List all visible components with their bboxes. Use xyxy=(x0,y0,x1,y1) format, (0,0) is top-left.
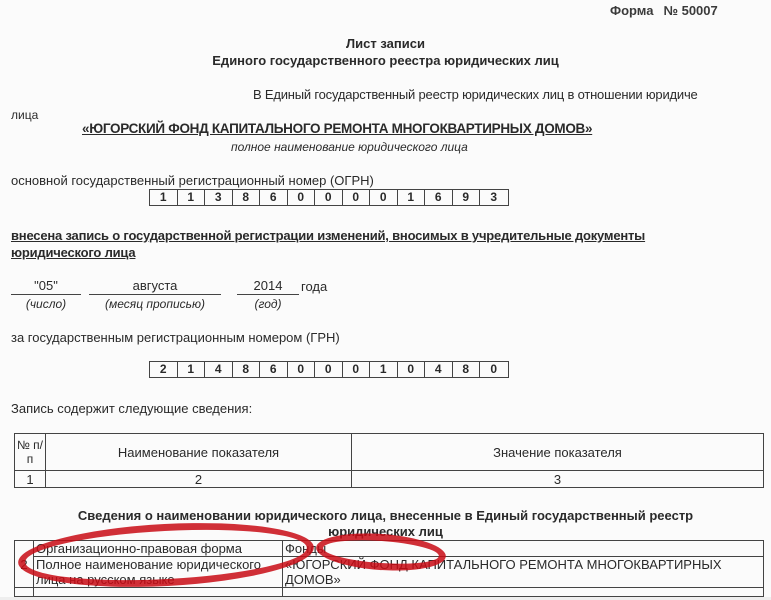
organization-name-caption: полное наименование юридического лица xyxy=(231,140,468,154)
header-number: № п/п xyxy=(15,434,46,471)
grn-digit: 2 xyxy=(150,362,178,377)
records-table-header: № п/п Наименование показателя Значение п… xyxy=(14,433,764,488)
row-name: Полное наименование юридического лица на… xyxy=(34,557,283,588)
row-name-empty xyxy=(34,588,283,597)
header-indicator-name: Наименование показателя xyxy=(46,434,352,471)
ogrn-digit-boxes: 1 1 3 8 6 0 0 0 0 1 6 9 3 xyxy=(149,189,509,206)
name-info-table: 2 Организационно-правовая форма Фонды По… xyxy=(14,540,764,597)
ogrn-digit: 6 xyxy=(260,190,288,205)
document-title: Лист записи xyxy=(0,36,771,51)
ogrn-digit: 0 xyxy=(315,190,343,205)
form-label: Форма xyxy=(610,3,653,18)
date-year-field: 2014 (год) xyxy=(237,278,299,311)
ogrn-digit: 0 xyxy=(288,190,316,205)
index-cell: 1 xyxy=(15,471,46,488)
index-cell: 2 xyxy=(46,471,352,488)
grn-digit: 0 xyxy=(315,362,343,377)
grn-digit: 8 xyxy=(233,362,261,377)
document-subtitle: Единого государственного реестра юридиче… xyxy=(0,53,771,68)
contains-label: Запись содержит следующие сведения: xyxy=(11,401,252,416)
grn-digit-boxes: 2 1 4 8 6 0 0 0 1 0 4 8 0 xyxy=(149,361,509,378)
table-row: 2 Организационно-правовая форма Фонды xyxy=(15,541,764,557)
year-word: года xyxy=(301,279,327,294)
section-title: Сведения о наименовании юридического лиц… xyxy=(0,508,771,523)
grn-digit: 0 xyxy=(398,362,426,377)
ogrn-digit: 1 xyxy=(398,190,426,205)
ogrn-label: основной государственный регистрационный… xyxy=(11,173,374,188)
ogrn-digit: 0 xyxy=(370,190,398,205)
header-number-label: № п/п xyxy=(15,438,45,466)
ogrn-digit: 3 xyxy=(205,190,233,205)
grn-digit: 0 xyxy=(343,362,371,377)
ogrn-digit: 1 xyxy=(178,190,206,205)
organization-name: «ЮГОРСКИЙ ФОНД КАПИТАЛЬНОГО РЕМОНТА МНОГ… xyxy=(82,121,592,136)
row-value: Фонды xyxy=(283,541,764,557)
date-day-caption: (число) xyxy=(11,297,81,311)
grn-digit: 6 xyxy=(260,362,288,377)
grn-label: за государственным регистрационным номер… xyxy=(11,330,340,345)
ogrn-digit: 8 xyxy=(233,190,261,205)
form-number: Форма№ 50007 xyxy=(610,3,718,18)
intro-continuation: лица xyxy=(11,108,38,122)
row-number-empty xyxy=(15,588,34,597)
section-title-continued: юридических лиц xyxy=(0,524,771,539)
grn-digit: 4 xyxy=(425,362,453,377)
date-year: 2014 xyxy=(237,278,299,295)
grn-digit: 8 xyxy=(453,362,481,377)
date-month: августа xyxy=(89,278,221,295)
header-indicator-value: Значение показателя xyxy=(352,434,764,471)
date-month-field: августа (месяц прописью) xyxy=(89,278,221,311)
ogrn-digit: 9 xyxy=(453,190,481,205)
date-day: "05" xyxy=(11,278,81,295)
ogrn-digit: 6 xyxy=(425,190,453,205)
date-month-caption: (месяц прописью) xyxy=(89,297,221,311)
form-number-value: № 50007 xyxy=(663,3,717,18)
entry-type: внесена запись о государственной регистр… xyxy=(11,227,711,261)
grn-digit: 0 xyxy=(288,362,316,377)
grn-digit: 0 xyxy=(480,362,508,377)
table-row: Полное наименование юридического лица на… xyxy=(15,557,764,588)
date-year-caption: (год) xyxy=(237,297,299,311)
ogrn-digit: 3 xyxy=(480,190,508,205)
ogrn-digit: 0 xyxy=(343,190,371,205)
intro-text: В Единый государственный реестр юридичес… xyxy=(253,87,698,102)
index-cell: 3 xyxy=(352,471,764,488)
grn-digit: 4 xyxy=(205,362,233,377)
row-value: «ЮГОРСКИЙ ФОНД КАПИТАЛЬНОГО РЕМОНТА МНОГ… xyxy=(283,557,764,588)
ogrn-digit: 1 xyxy=(150,190,178,205)
grn-digit: 1 xyxy=(370,362,398,377)
row-name: Организационно-правовая форма xyxy=(34,541,283,557)
row-number: 2 xyxy=(15,541,34,588)
date-day-field: "05" (число) xyxy=(11,278,81,311)
row-value-empty xyxy=(283,588,764,597)
grn-digit: 1 xyxy=(178,362,206,377)
table-row xyxy=(15,588,764,597)
